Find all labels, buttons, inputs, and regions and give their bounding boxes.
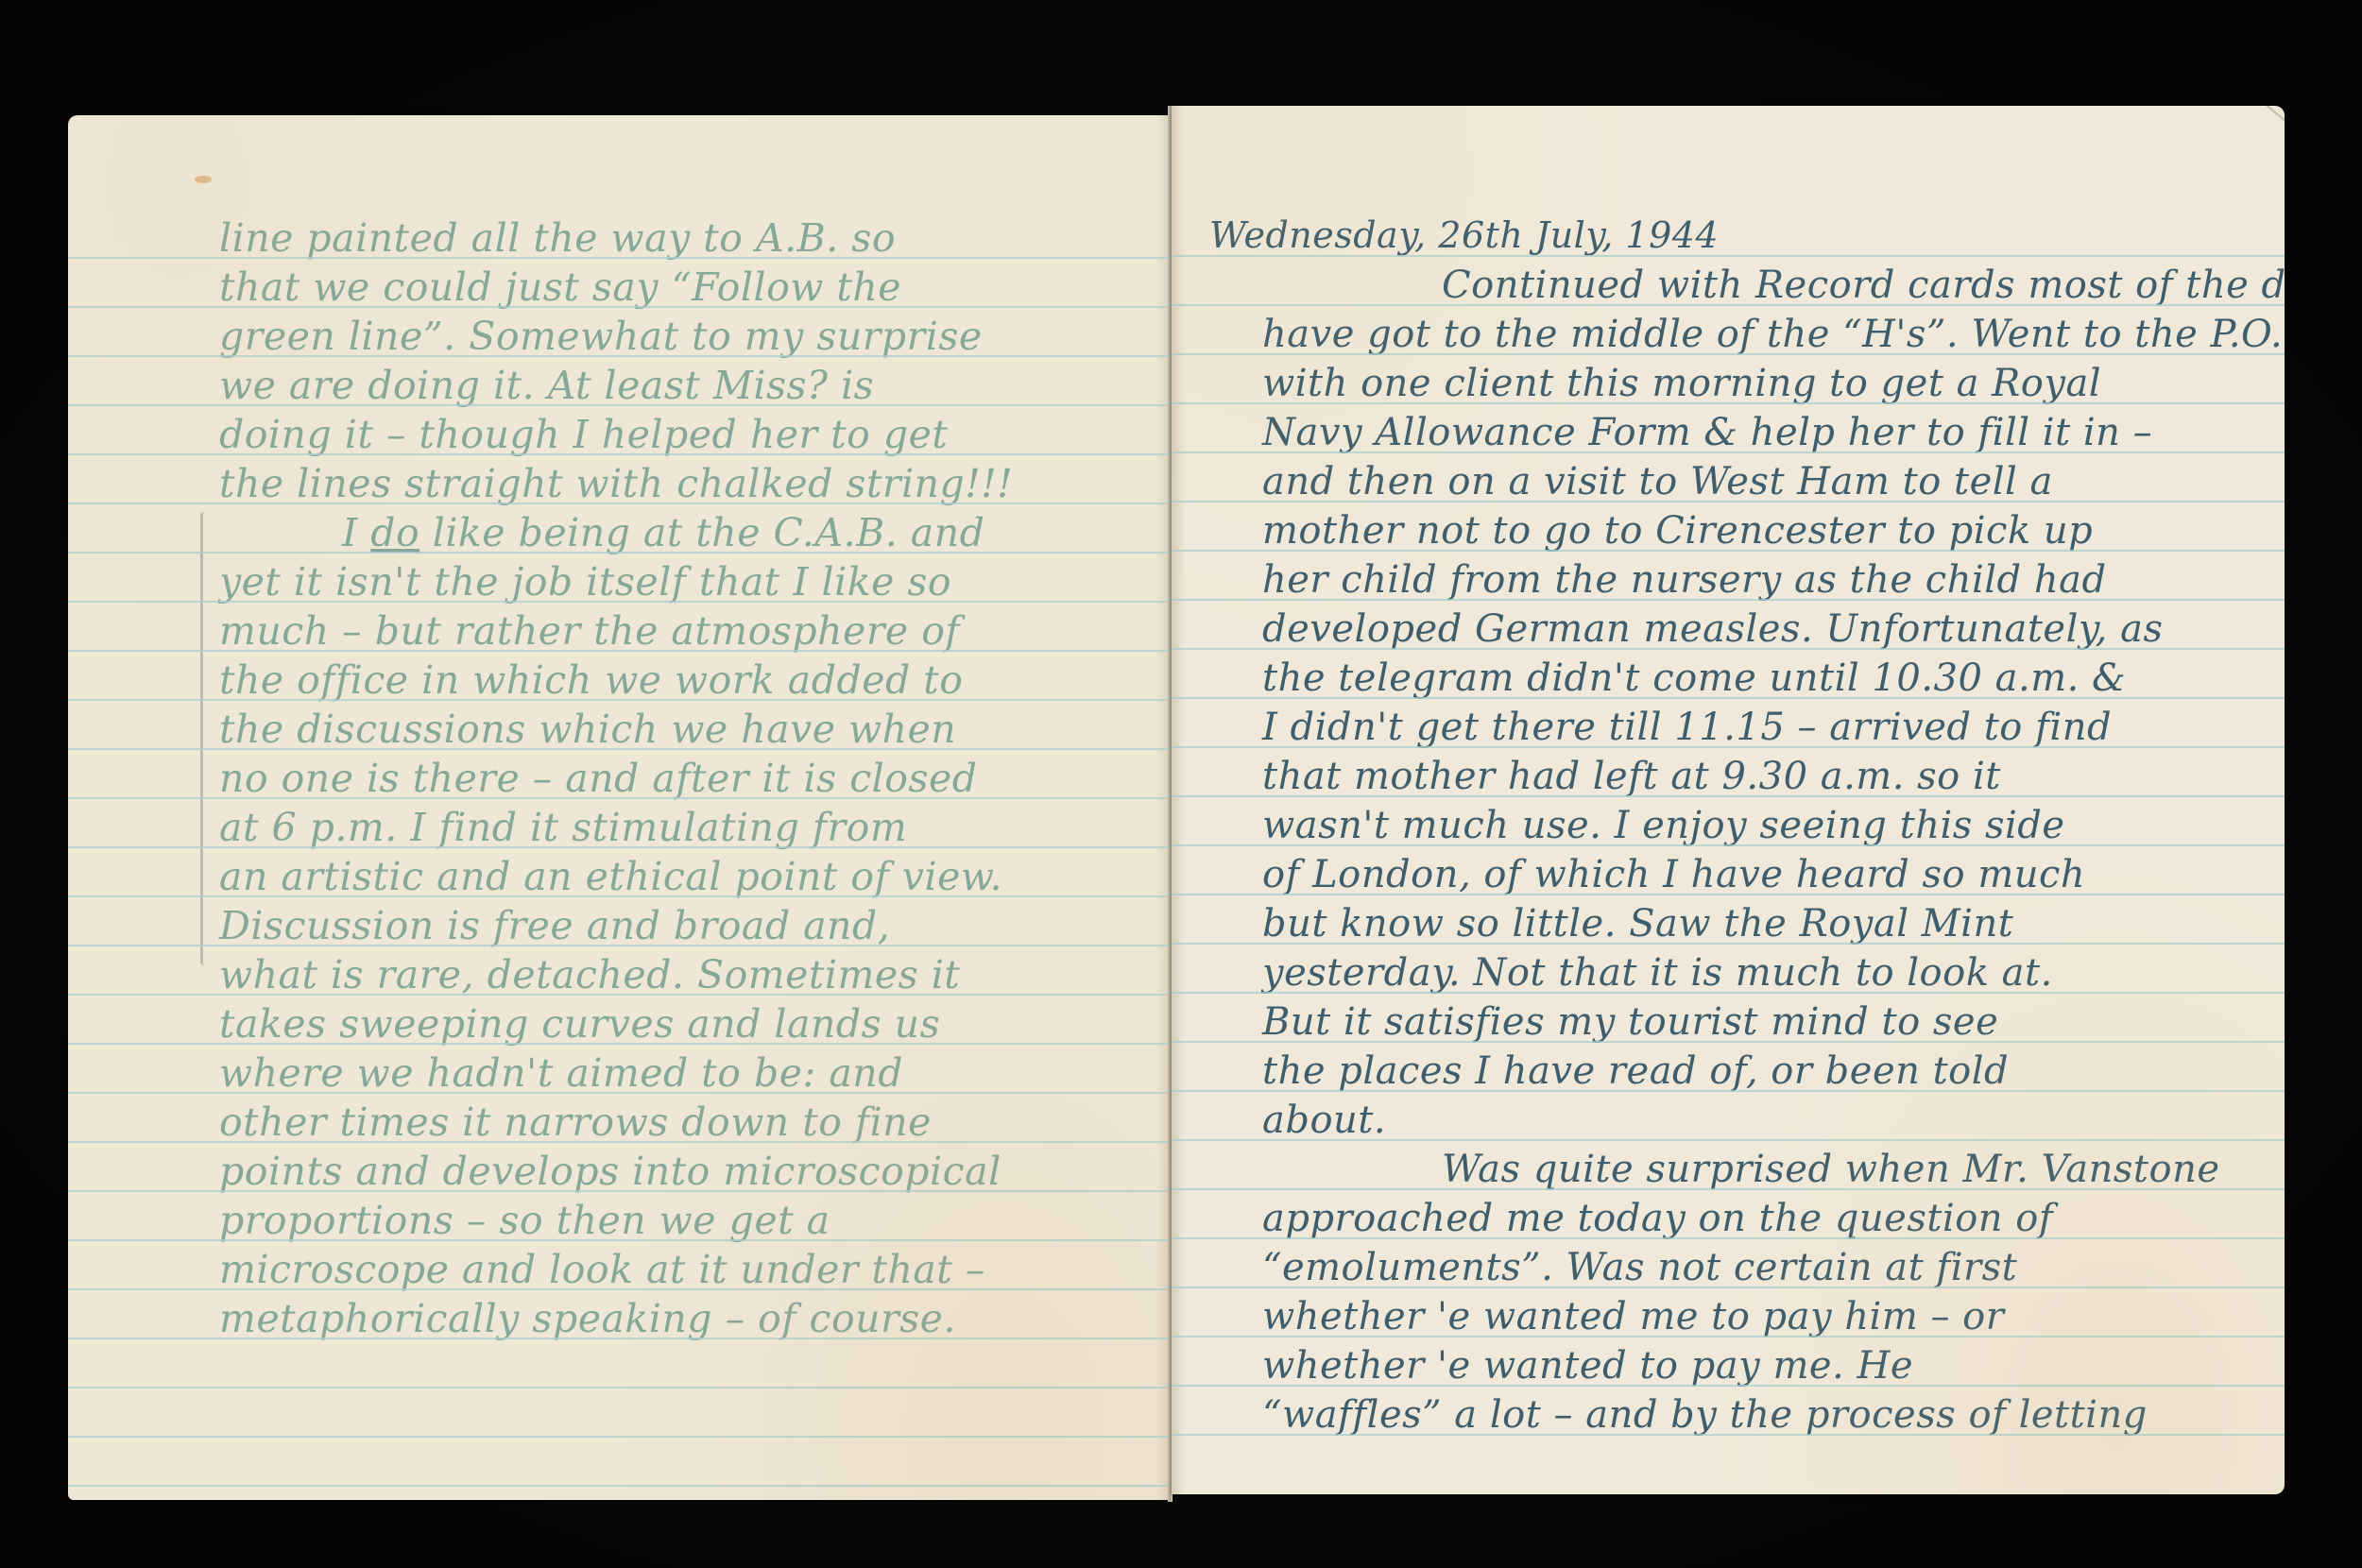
diary-line: but know so little. Saw the Royal Mint — [1262, 905, 2013, 943]
diary-line: that mother had left at 9.30 a.m. so it — [1262, 758, 2001, 795]
diary-line: yesterday. Not that it is much to look a… — [1262, 954, 2053, 992]
diary-line-paragraph-start: Continued with Record cards most of the … — [1262, 266, 2285, 304]
diary-line: whether 'e wanted to pay me. He — [1262, 1347, 1913, 1385]
diary-line: what is rare, detached. Sometimes it — [219, 956, 960, 995]
diary-line-paragraph-start: Was quite surprised when Mr. Vanstone — [1262, 1150, 2220, 1188]
diary-line: Discussion is free and broad and, — [219, 907, 890, 946]
diary-line: the lines straight with chalked string!!… — [219, 465, 1013, 503]
diary-line: yet it isn't the job itself that I like … — [219, 563, 951, 602]
diary-line: that we could just say “Follow the — [219, 268, 901, 307]
diary-line: mother not to go to Cirencester to pick … — [1262, 512, 2093, 550]
diary-line: metaphorically speaking – of course. — [219, 1300, 956, 1338]
diary-line: and then on a visit to West Ham to tell … — [1262, 463, 2053, 501]
diary-line: “emoluments”. Was not certain at first — [1262, 1249, 2017, 1287]
diary-line: approached me today on the question of — [1262, 1200, 2053, 1237]
diary-line: we are doing it. At least Miss? is — [219, 366, 874, 405]
diary-line: about. — [1262, 1101, 1386, 1139]
diary-line: developed German measles. Unfortunately,… — [1262, 610, 2163, 648]
diary-line: Navy Allowance Form & help her to fill i… — [1262, 414, 2152, 452]
diary-line: with one client this morning to get a Ro… — [1262, 365, 2101, 402]
diary-line: her child from the nursery as the child … — [1262, 561, 2107, 599]
diary-line: an artistic and an ethical point of view… — [219, 858, 1002, 896]
diary-line: points and develops into microscopical — [219, 1152, 1001, 1191]
diary-line: where we hadn't aimed to be: and — [219, 1054, 903, 1093]
diary-line: the office in which we work added to — [219, 661, 963, 700]
diary-line: of London, of which I have heard so much — [1262, 856, 2085, 894]
underlined-word: do — [370, 510, 419, 555]
diary-line: other times it narrows down to fine — [219, 1103, 932, 1142]
diary-line: proportions – so then we get a — [219, 1202, 830, 1240]
ink-stain — [195, 176, 212, 183]
diary-line: I didn't get there till 11.15 – arrived … — [1262, 708, 2112, 746]
right-page: Wednesday, 26th July, 1944 Continued wit… — [1172, 106, 2285, 1494]
diary-line: no one is there – and after it is closed — [219, 759, 978, 798]
diary-line: takes sweeping curves and lands us — [219, 1005, 940, 1044]
diary-line: wasn't much use. I enjoy seeing this sid… — [1262, 807, 2065, 844]
diary-line: have got to the middle of the “H's”. Wen… — [1262, 315, 2283, 353]
diary-line: doing it – though I helped her to get — [219, 416, 948, 454]
diary-line: at 6 p.m. I find it stimulating from — [219, 809, 907, 847]
diary-line: the telegram didn't come until 10.30 a.m… — [1262, 659, 2126, 697]
corner-crease — [2251, 106, 2285, 141]
diary-line: But it satisfies my tourist mind to see — [1262, 1003, 1998, 1041]
diary-line: the discussions which we have when — [219, 710, 956, 749]
diary-line: line painted all the way to A.B. so — [219, 219, 896, 258]
word: like being at the C.A.B. and — [419, 510, 984, 555]
entry-date: Wednesday, 26th July, 1944 — [1209, 217, 1719, 253]
photo-scene: line painted all the way to A.B. so that… — [0, 0, 2362, 1568]
diary-line: “waffles” a lot – and by the process of … — [1262, 1396, 2148, 1434]
diary-line: much – but rather the atmosphere of — [219, 612, 960, 651]
diary-line: green line”. Somewhat to my surprise — [219, 317, 983, 356]
word: I — [342, 510, 370, 555]
diary-line-paragraph-start: I do like being at the C.A.B. and — [219, 514, 984, 553]
left-page: line painted all the way to A.B. so that… — [68, 115, 1170, 1500]
diary-line: the places I have read of, or been told — [1262, 1052, 2009, 1090]
margin-bracket-mark — [200, 512, 211, 965]
diary-line: microscope and look at it under that – — [219, 1251, 985, 1289]
diary-line: whether 'e wanted me to pay him – or — [1262, 1298, 2004, 1336]
